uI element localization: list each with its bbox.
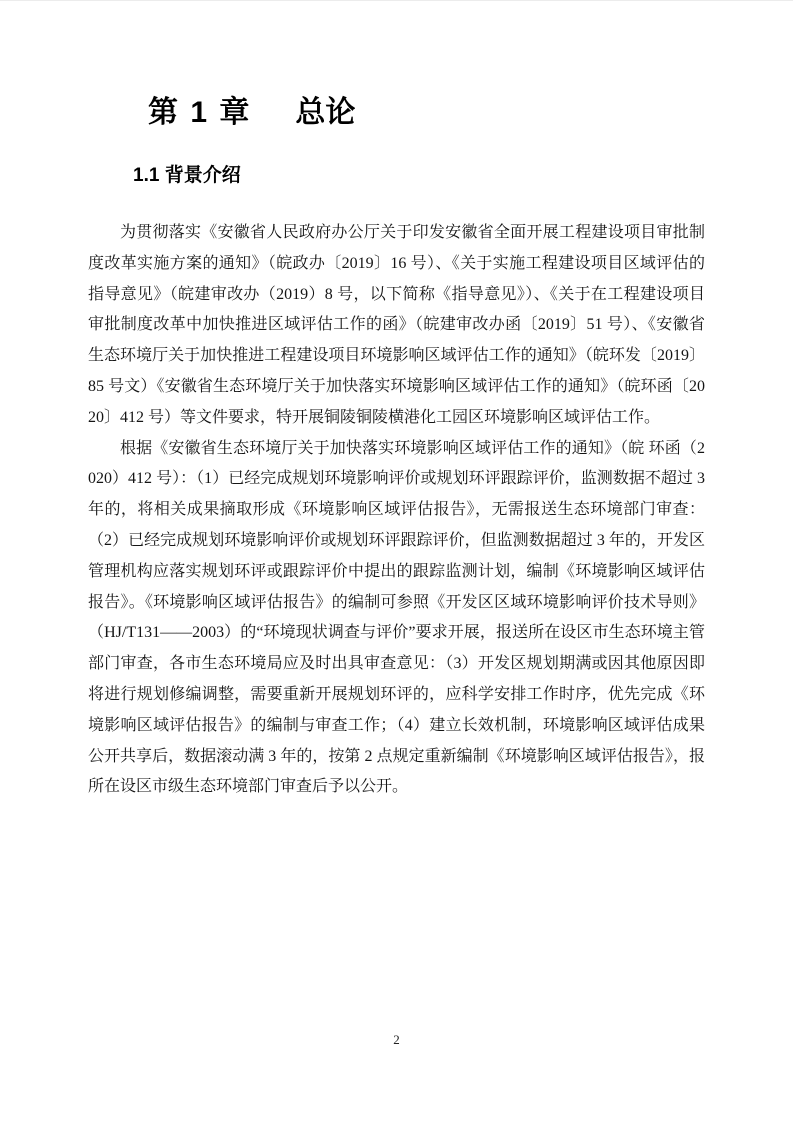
document-page: 第 1 章 总论 1.1 背景介绍 为贯彻落实《安徽省人民政府办公厅关于印发安徽… bbox=[0, 0, 793, 1122]
section-title: 1.1 背景介绍 bbox=[133, 164, 705, 188]
body-paragraph-2: 根据《安徽省生态环境厅关于加快落实环境影响区域评估工作的通知》（皖 环函（202… bbox=[88, 434, 705, 804]
chapter-title: 第 1 章 总论 bbox=[148, 95, 705, 131]
body-paragraph-1: 为贯彻落实《安徽省人民政府办公厅关于印发安徽省全面开展工程建设项目审批制度改革实… bbox=[88, 218, 705, 434]
chapter-number: 第 1 章 bbox=[148, 95, 251, 131]
page-number: 2 bbox=[0, 1031, 793, 1049]
chapter-name: 总论 bbox=[295, 95, 355, 131]
page-content: 第 1 章 总论 1.1 背景介绍 为贯彻落实《安徽省人民政府办公厅关于印发安徽… bbox=[0, 1, 793, 803]
body-text: 为贯彻落实《安徽省人民政府办公厅关于印发安徽省全面开展工程建设项目审批制度改革实… bbox=[88, 218, 705, 803]
